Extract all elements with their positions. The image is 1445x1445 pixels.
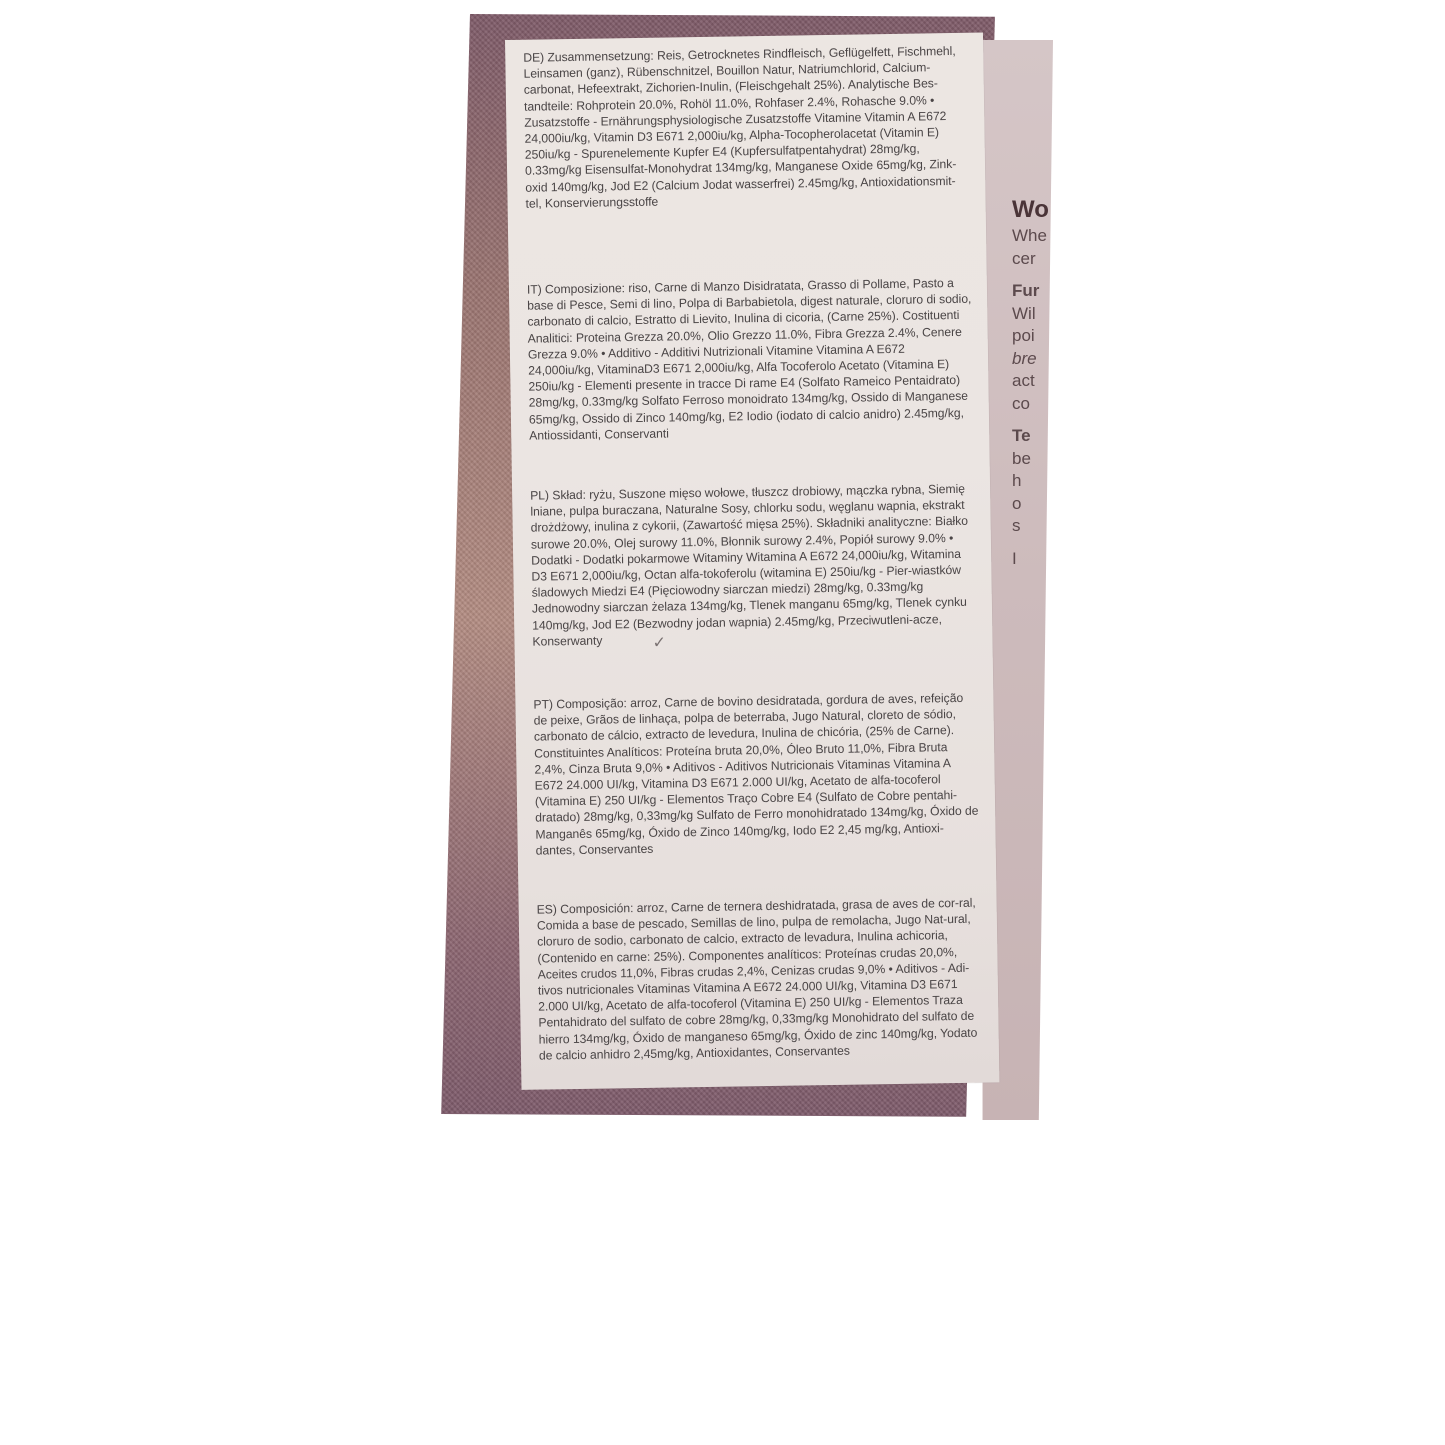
side-panel-line: act <box>1012 370 1052 393</box>
side-panel-line: cer <box>1012 248 1052 271</box>
side-panel-line: Fur <box>1012 280 1052 303</box>
side-panel-line: I <box>1012 548 1052 571</box>
side-panel-line: bre <box>1012 348 1052 371</box>
side-panel-line <box>1012 538 1052 548</box>
composition-es: ES) Composición: arroz, Carne de ternera… <box>537 895 984 1064</box>
side-panel-line <box>1012 415 1052 425</box>
handwritten-check-mark-icon: ✓ <box>652 633 666 653</box>
side-panel-text: WoWhecerFurWilpoibreactcoTebehosI <box>1012 195 1052 570</box>
composition-de-text: DE) Zusammensetzung: Reis, Getrocknetes … <box>523 43 970 212</box>
composition-pt: PT) Composição: arroz, Carne de bovino d… <box>533 690 980 859</box>
side-panel-line: co <box>1012 393 1052 416</box>
side-panel-line: Wo <box>1012 195 1052 225</box>
side-panel-line: s <box>1012 515 1052 538</box>
side-panel-line <box>1012 270 1052 280</box>
composition-es-text: ES) Composición: arroz, Carne de ternera… <box>537 895 984 1064</box>
ingredient-label: DE) Zusammensetzung: Reis, Getrocknetes … <box>505 32 999 1089</box>
side-panel-line: Wil <box>1012 303 1052 326</box>
package-photo: WoWhecerFurWilpoibreactcoTebehosI DE) Zu… <box>0 0 1445 1445</box>
side-panel-line: h <box>1012 470 1052 493</box>
composition-pl: PL) Skład: ryżu, Suszone mięso wołowe, t… <box>530 481 977 650</box>
composition-pt-text: PT) Composição: arroz, Carne de bovino d… <box>533 690 980 859</box>
side-panel-line: o <box>1012 493 1052 516</box>
composition-it-text: IT) Composizione: riso, Carne di Manzo D… <box>527 275 974 444</box>
composition-pl-text: PL) Skład: ryżu, Suszone mięso wołowe, t… <box>530 481 977 650</box>
side-panel-line: be <box>1012 448 1052 471</box>
composition-de: DE) Zusammensetzung: Reis, Getrocknetes … <box>523 43 970 212</box>
side-panel-line: poi <box>1012 325 1052 348</box>
composition-it: IT) Composizione: riso, Carne di Manzo D… <box>527 275 974 444</box>
side-panel-line: Whe <box>1012 225 1052 248</box>
side-panel-line: Te <box>1012 425 1052 448</box>
